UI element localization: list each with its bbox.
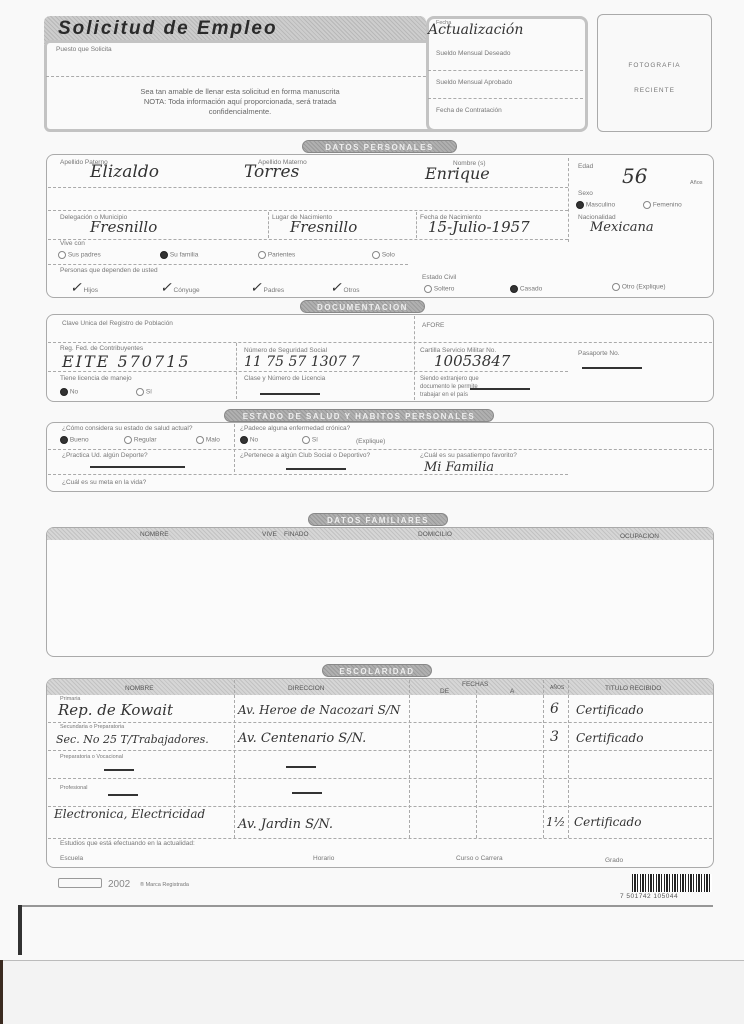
fecha-field[interactable]: Actualización [428,22,523,38]
salud-bueno-radio[interactable]: Bueno [60,436,89,444]
pasaporte-field[interactable] [582,367,642,369]
position-box [44,40,439,132]
secundaria-nombre[interactable]: Sec. No 25 T/Trabajadores. [56,733,209,746]
grado-label: Grado [605,857,623,864]
barcode [632,874,712,892]
apellido-materno-field[interactable]: Torres [244,162,299,182]
nacionalidad-field[interactable]: Mexicana [590,220,654,235]
salud-malo-radio[interactable]: Malo [196,436,220,444]
vive-con-padres-radio[interactable]: Sus padres [58,251,101,259]
primaria-anos[interactable]: 6 [550,701,559,717]
primaria-nombre[interactable]: Rep. de Kowait [58,701,173,719]
otros-direccion[interactable]: Av. Jardin S/N. [238,817,333,832]
section-datos-personales: DATOS PERSONALES [302,140,457,153]
sexo-femenino-radio[interactable]: Femenino [643,201,682,209]
footer-rights: ® Marca Registrada [140,882,189,888]
secundaria-titulo[interactable]: Certificado [576,731,643,745]
puesto-field[interactable] [56,58,426,74]
dependientes-otros[interactable]: ✓ Otros [330,280,359,296]
photo-box [597,14,712,132]
pasatiempo-field[interactable]: Mi Familia [424,460,494,475]
primaria-titulo[interactable]: Certificado [576,703,643,717]
form-title: Solicitud de Empleo [58,18,278,40]
secundaria-anos[interactable]: 3 [550,729,559,745]
preparatoria-direccion[interactable] [286,766,316,768]
profesional-direccion[interactable] [292,792,322,794]
club-field[interactable] [286,468,346,470]
vive-con-parientes-radio[interactable]: Parientes [258,251,295,259]
fecha-contratacion-label: Fecha de Contratación [436,107,502,114]
deporte-field[interactable] [90,466,185,468]
fecha-nacimiento-field[interactable]: 15-Julio-1957 [428,218,530,236]
sexo-masculino-radio[interactable]: Masculino [576,201,615,209]
salud-regular-radio[interactable]: Regular [124,436,157,444]
otros-titulo[interactable]: Certificado [574,815,641,829]
publisher-logo [58,878,102,888]
cronica-no-radio[interactable]: No [240,436,258,444]
curp-field[interactable] [60,330,410,340]
instructions: Sea tan amable de llenar esta solicitud … [90,87,390,117]
profesional-nombre[interactable] [108,794,138,796]
meta-field[interactable] [160,476,560,488]
nss-field[interactable]: 11 75 57 1307 7 [244,354,360,370]
escuela-label: Escuela [60,855,83,862]
primaria-direccion[interactable]: Av. Heroe de Nacozari S/N [238,703,400,717]
barcode-number: 7 501742 105044 [620,893,678,900]
rfc-field[interactable]: EITE 570715 [62,352,191,371]
clase-licencia-field[interactable] [260,393,320,395]
section-salud: ESTADO DE SALUD Y HABITOS PERSONALES [224,409,494,422]
vive-con-familia-radio[interactable]: Su familia [160,251,198,259]
delegacion-field[interactable]: Fresnillo [90,218,157,236]
section-datos-familiares: DATOS FAMILIARES [308,513,448,526]
next-page-edge [0,960,744,1024]
estudios-actuales-field[interactable] [60,846,700,856]
application-form: Solicitud de Empleo Puesto que Solicita … [0,0,744,1024]
section-documentacion: DOCUMENTACION [300,300,425,313]
cronica-explique[interactable]: (Explique) [356,438,385,445]
footer-year: 2002 [108,879,130,890]
licencia-si-radio[interactable]: Sí [136,388,152,396]
secundaria-direccion[interactable]: Av. Centenario S/N. [238,731,366,746]
extranjero-field[interactable] [470,388,530,390]
sueldo-deseado-label: Sueldo Mensual Deseado [436,50,510,57]
sueldo-aprobado-label: Sueldo Mensual Aprobado [436,79,512,86]
estado-civil-casado-radio[interactable]: Casado [510,285,542,293]
dependientes-padres[interactable]: ✓ Padres [250,280,284,296]
horario-label: Horario [313,855,334,862]
licencia-no-radio[interactable]: No [60,388,78,396]
curso-label: Curso o Carrera [456,855,503,862]
estado-civil-soltero-radio[interactable]: Soltero [424,285,454,293]
otros-anos[interactable]: 1½ [546,815,565,829]
edad-field[interactable]: 56 [622,164,647,188]
cartilla-field[interactable]: 10053847 [434,352,510,370]
dependientes-conyuge[interactable]: ✓ Cónyuge [160,280,200,296]
vive-con-solo-radio[interactable]: Solo [372,251,395,259]
preparatoria-nombre[interactable] [104,769,134,771]
puesto-label: Puesto que Solicita [56,46,112,53]
estado-civil-otro-radio[interactable]: Otro (Explique) [612,283,666,291]
section-escolaridad: ESCOLARIDAD [322,664,432,677]
cronica-si-radio[interactable]: Sí [302,436,318,444]
family-table-body[interactable] [48,541,712,655]
apellido-paterno-field[interactable]: Elizaldo [90,162,159,182]
otros-nombre[interactable]: Electronica, Electricidad [54,808,224,821]
nombre-field[interactable]: Enrique [425,164,490,183]
dependientes-hijos[interactable]: ✓ Hijos [70,280,98,296]
lugar-nacimiento-field[interactable]: Fresnillo [290,218,357,236]
